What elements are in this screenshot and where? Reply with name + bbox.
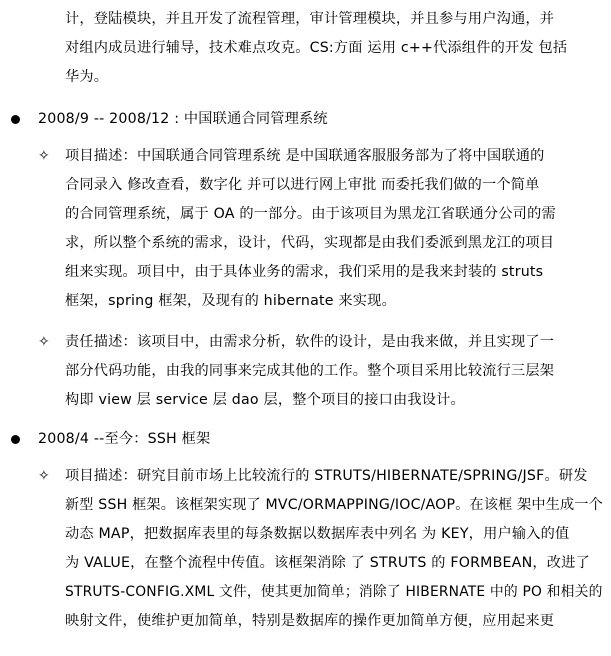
bullet-icon [11, 115, 20, 124]
section-line: 映射文件，使维护更加简单，特别是数据库的操作更加简单方便，应用起来更 [65, 611, 554, 631]
section-line: 项目描述：中国联通合同管理系统 是中国联通客服服务部为了将中国联通的 [65, 146, 545, 166]
section-line: 部分代码功能，由我的同事来完成其他的工作。整个项目采用比较流行三层架 [65, 361, 554, 381]
intro-line: 对组内成员进行辅导，技术难点攻克。CS:方面 运用 c++代添组件的开发 包括 [65, 38, 567, 58]
section-line: STRUTS-CONFIG.XML 文件，使其更加简单；消除了 HIBERNAT… [65, 582, 603, 602]
diamond-bullet-icon: ✧ [38, 146, 50, 166]
section-line: 框架，spring 框架，及现有的 hibernate 来实现。 [65, 291, 396, 311]
intro-line: 计，登陆模块，并且开发了流程管理，审计管理模块，并且参与用户沟通，并 [65, 9, 554, 29]
bullet-icon [11, 435, 20, 444]
diamond-bullet-icon: ✧ [38, 332, 50, 352]
intro-line: 华为。 [65, 67, 108, 87]
project-heading: 2008/4 --至今：SSH 框架 [38, 429, 210, 449]
section-line: 构即 view 层 service 层 dao 层，整个项目的接口由我设计。 [65, 390, 465, 410]
section-line: 组来实现。项目中，由于具体业务的需求，我们采用的是我来封装的 struts [65, 262, 543, 282]
project-heading: 2008/9 -- 2008/12 : 中国联通合同管理系统 [38, 109, 328, 129]
section-line: 新型 SSH 框架。该框架实现了 MVC/ORMAPPING/IOC/AOP。在… [65, 495, 603, 515]
diamond-bullet-icon: ✧ [38, 466, 50, 486]
section-line: 合同录入 修改查看，数字化 并可以进行网上审批 而委托我们做的一个简单 [65, 175, 540, 195]
section-line: 责任描述：该项目中，由需求分析，软件的设计，是由我来做，并且实现了一 [65, 332, 554, 352]
section-line: 的合同管理系统，属于 OA 的一部分。由于该项目为黑龙江省联通分公司的需 [65, 204, 556, 224]
section-line: 动态 MAP，把数据库表里的每条数据以数据库表中列名 为 KEY，用户输入的值 [65, 524, 569, 544]
section-line: 为 VALUE，在整个流程中传值。该框架消除 了 STRUTS 的 FORMBE… [65, 553, 590, 573]
section-line: 项目描述：研究目前市场上比较流行的 STRUTS/HIBERNATE/SPRIN… [65, 466, 588, 486]
section-line: 求，所以整个系统的需求，设计，代码，实现都是由我们委派到黑龙江的项目 [65, 233, 554, 253]
